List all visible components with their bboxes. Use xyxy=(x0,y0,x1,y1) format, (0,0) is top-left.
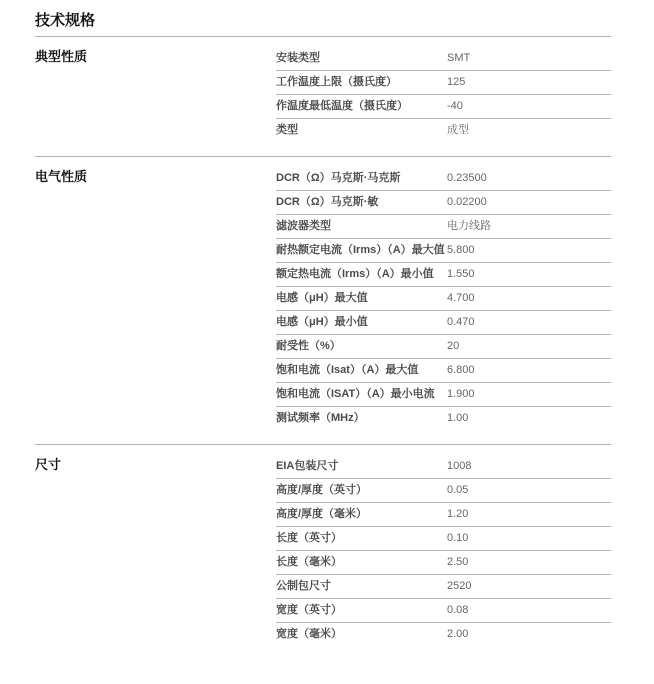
spec-label: 公制包尺寸 xyxy=(276,579,447,593)
spec-value: 5.800 xyxy=(447,243,611,257)
table-row: 高度/厚度（英寸）0.05 xyxy=(276,479,611,503)
spec-label: 额定热电流（Irms）（A）最小值 xyxy=(276,267,447,281)
spec-label: 电感（μH）最小值 xyxy=(276,315,447,329)
table-row: 长度（英寸）0.10 xyxy=(276,527,611,551)
spec-label: 耐受性（%） xyxy=(276,339,447,353)
spec-label: 宽度（毫米） xyxy=(276,627,447,641)
spec-value: 0.02200 xyxy=(447,195,611,209)
table-row: 高度/厚度（毫米）1.20 xyxy=(276,503,611,527)
table-row: EIA包装尺寸1008 xyxy=(276,455,611,479)
spec-value: 0.05 xyxy=(447,483,611,497)
spec-label: 长度（毫米） xyxy=(276,555,447,569)
table-row: 耐热额定电流（Irms）（A）最大值5.800 xyxy=(276,239,611,263)
spec-label: 长度（英寸） xyxy=(276,531,447,545)
table-row: DCR（Ω）马克斯·敏0.02200 xyxy=(276,191,611,215)
table-row: 安装类型SMT xyxy=(276,47,611,71)
spec-label: 宽度（英寸） xyxy=(276,603,447,617)
spec-value: 2520 xyxy=(447,579,611,593)
table-row: 饱和电流（ISAT）（A）最小电流1.900 xyxy=(276,383,611,407)
table-row: DCR（Ω）马克斯·马克斯0.23500 xyxy=(276,167,611,191)
spec-value: -40 xyxy=(447,99,611,113)
spec-value: 2.00 xyxy=(447,627,611,641)
table-row: 测试频率（MHz）1.00 xyxy=(276,407,611,430)
spec-label: 作温度最低温度（摄氏度） xyxy=(276,99,447,113)
section-dimensions: 尺寸 EIA包装尺寸1008 高度/厚度（英寸）0.05 高度/厚度（毫米）1.… xyxy=(35,445,611,646)
spec-value: SMT xyxy=(447,51,611,65)
table-row: 额定热电流（Irms）（A）最小值1.550 xyxy=(276,263,611,287)
table-row: 饱和电流（Isat）（A）最大值6.800 xyxy=(276,359,611,383)
spec-value: 125 xyxy=(447,75,611,89)
spec-value: 4.700 xyxy=(447,291,611,305)
spec-value: 1008 xyxy=(447,459,611,473)
spec-value: 0.10 xyxy=(447,531,611,545)
spec-page: 技术规格 典型性质 安装类型SMT 工作温度上限（摄氏度）125 作温度最低温度… xyxy=(0,0,611,646)
spec-label: 安装类型 xyxy=(276,51,447,65)
spec-value: 1.20 xyxy=(447,507,611,521)
table-row: 宽度（毫米）2.00 xyxy=(276,623,611,646)
table-row: 公制包尺寸2520 xyxy=(276,575,611,599)
spec-label: 电感（μH）最大值 xyxy=(276,291,447,305)
page-title: 技术规格 xyxy=(35,0,611,37)
spec-label: 耐热额定电流（Irms）（A）最大值 xyxy=(276,243,447,257)
spec-value: 0.470 xyxy=(447,315,611,329)
section-title: 尺寸 xyxy=(35,455,276,646)
spec-value: 2.50 xyxy=(447,555,611,569)
spec-value: 6.800 xyxy=(447,363,611,377)
spec-value: 1.00 xyxy=(447,411,611,425)
spec-label: DCR（Ω）马克斯·马克斯 xyxy=(276,171,447,185)
section-electrical-properties: 电气性质 DCR（Ω）马克斯·马克斯0.23500 DCR（Ω）马克斯·敏0.0… xyxy=(35,157,611,445)
spec-value: 成型 xyxy=(447,123,611,137)
spec-value: 20 xyxy=(447,339,611,353)
table-row: 宽度（英寸）0.08 xyxy=(276,599,611,623)
spec-label: EIA包装尺寸 xyxy=(276,459,447,473)
section-typical-properties: 典型性质 安装类型SMT 工作温度上限（摄氏度）125 作温度最低温度（摄氏度）… xyxy=(35,37,611,157)
table-row: 工作温度上限（摄氏度）125 xyxy=(276,71,611,95)
table-row: 作温度最低温度（摄氏度）-40 xyxy=(276,95,611,119)
spec-label: 饱和电流（ISAT）（A）最小电流 xyxy=(276,387,447,401)
table-row: 长度（毫米）2.50 xyxy=(276,551,611,575)
spec-label: 高度/厚度（毫米） xyxy=(276,507,447,521)
spec-label: 高度/厚度（英寸） xyxy=(276,483,447,497)
spec-value: 电力线路 xyxy=(447,219,611,233)
spec-value: 1.550 xyxy=(447,267,611,281)
spec-table: DCR（Ω）马克斯·马克斯0.23500 DCR（Ω）马克斯·敏0.02200 … xyxy=(276,167,611,430)
spec-value: 0.23500 xyxy=(447,171,611,185)
spec-label: 测试频率（MHz） xyxy=(276,411,447,425)
spec-label: 类型 xyxy=(276,123,447,137)
spec-label: 滤波器类型 xyxy=(276,219,447,233)
table-row: 电感（μH）最大值4.700 xyxy=(276,287,611,311)
table-row: 耐受性（%）20 xyxy=(276,335,611,359)
spec-value: 1.900 xyxy=(447,387,611,401)
spec-label: 工作温度上限（摄氏度） xyxy=(276,75,447,89)
spec-value: 0.08 xyxy=(447,603,611,617)
section-title: 电气性质 xyxy=(35,167,276,430)
table-row: 类型成型 xyxy=(276,119,611,142)
table-row: 滤波器类型电力线路 xyxy=(276,215,611,239)
spec-table: 安装类型SMT 工作温度上限（摄氏度）125 作温度最低温度（摄氏度）-40 类… xyxy=(276,47,611,142)
section-title: 典型性质 xyxy=(35,47,276,142)
spec-label: 饱和电流（Isat）（A）最大值 xyxy=(276,363,447,377)
spec-label: DCR（Ω）马克斯·敏 xyxy=(276,195,447,209)
table-row: 电感（μH）最小值0.470 xyxy=(276,311,611,335)
spec-table: EIA包装尺寸1008 高度/厚度（英寸）0.05 高度/厚度（毫米）1.20 … xyxy=(276,455,611,646)
